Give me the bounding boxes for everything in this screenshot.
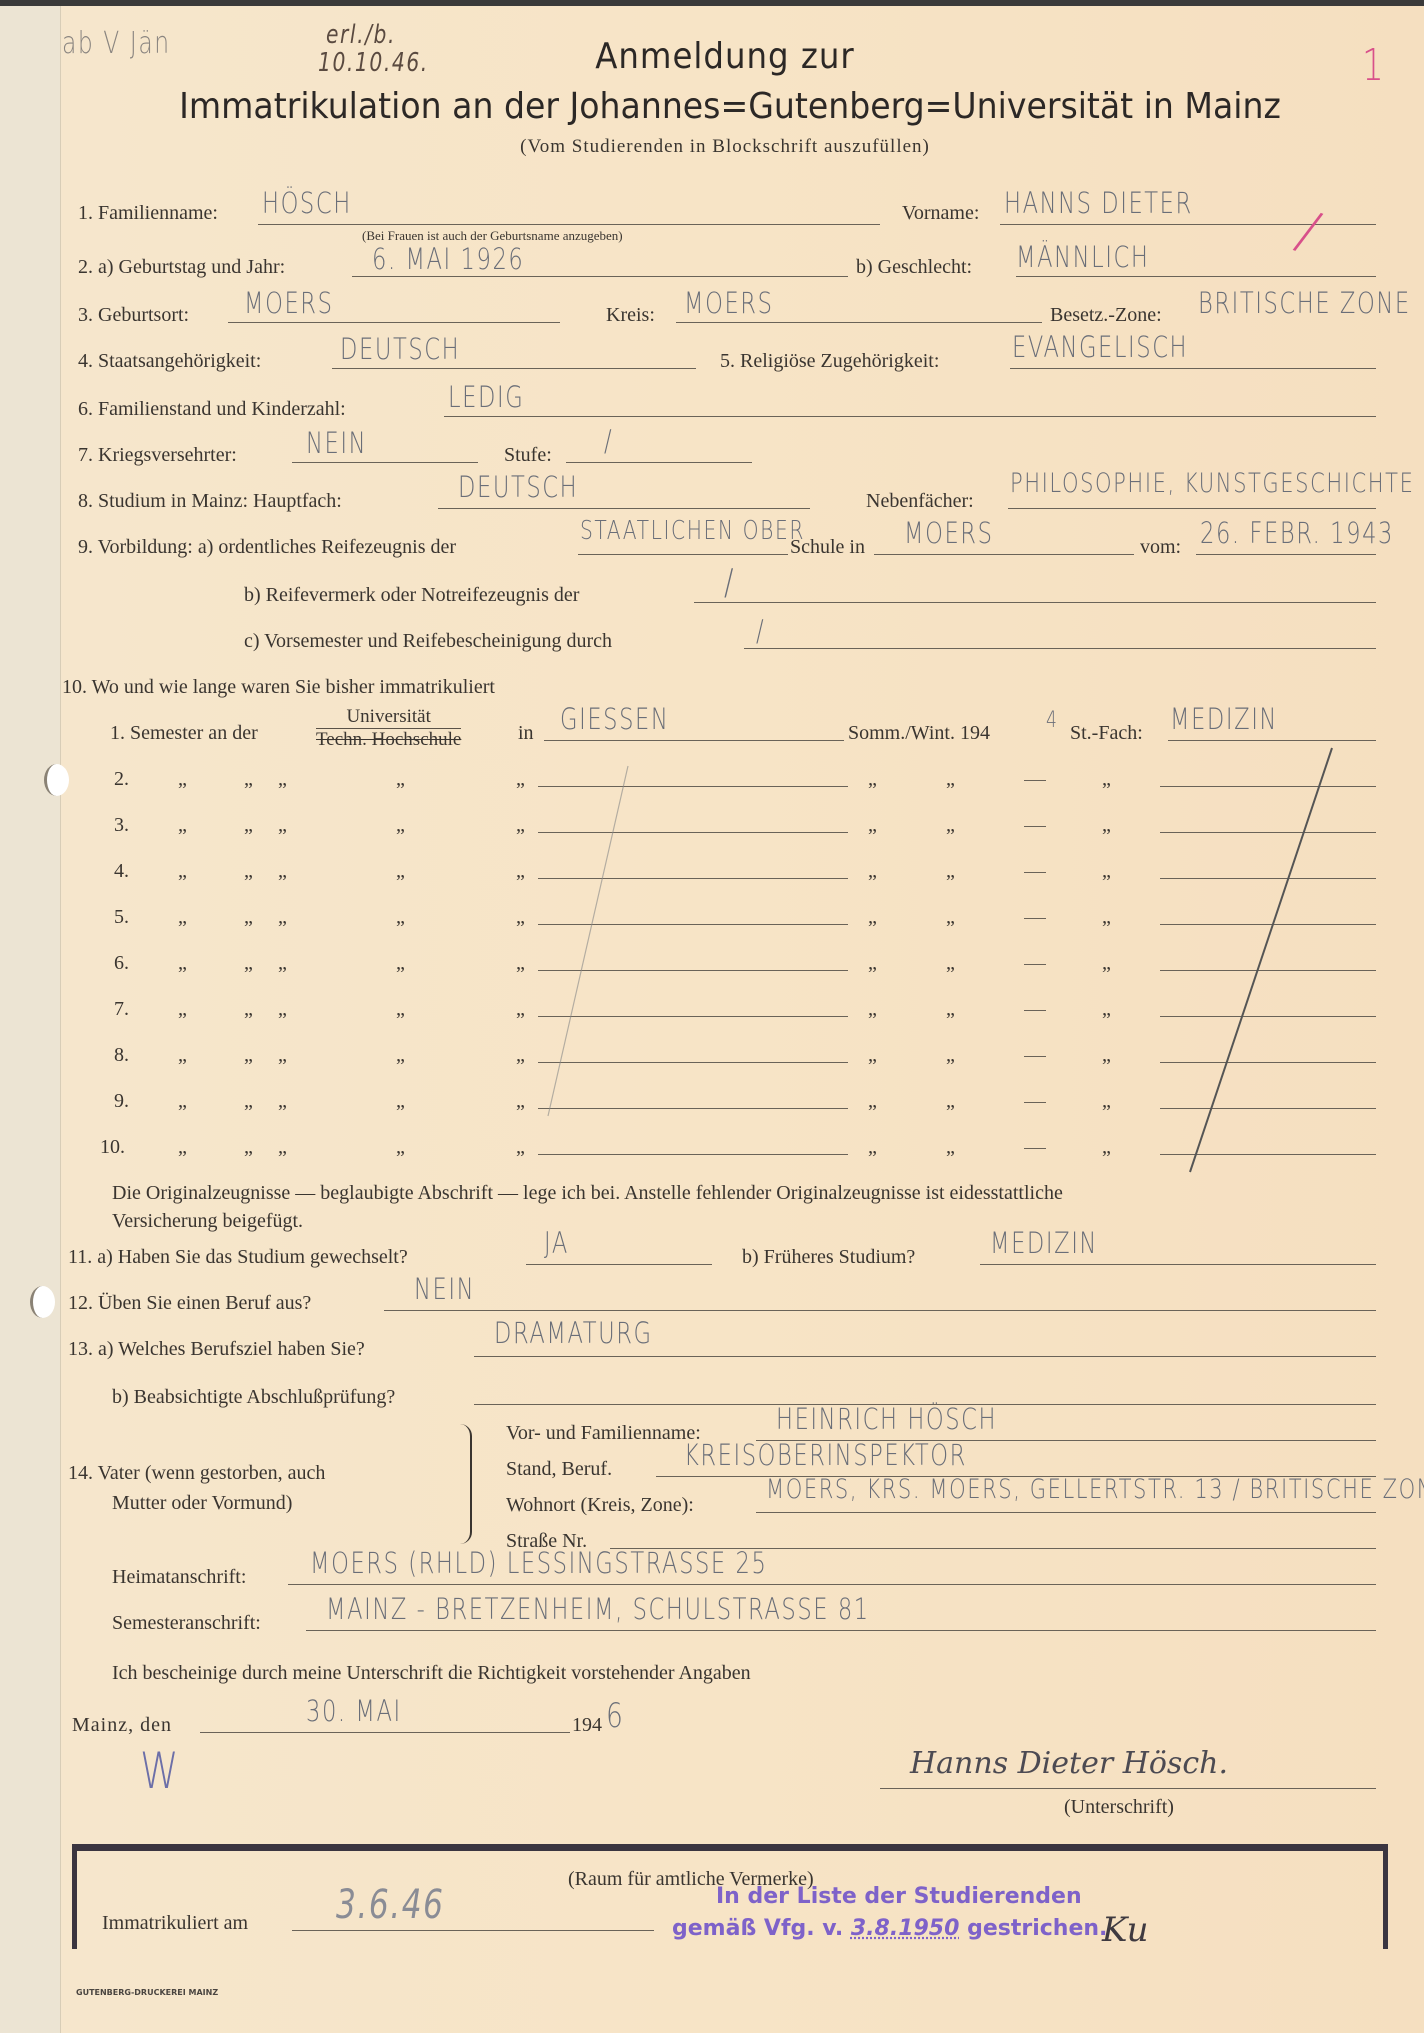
- registration-form: ab V Jän erl./b. 10.10.46. 1 Anmeldung z…: [0, 6, 1424, 2033]
- vater-name-value[interactable]: HEINRICH HÖSCH: [776, 1402, 997, 1436]
- semesteranschrift-label: Semesteranschrift:: [112, 1612, 261, 1635]
- frueheres-studium-value[interactable]: MEDIZIN: [990, 1226, 1098, 1260]
- vater-label: 14. Vater (wenn gestorben, auch: [68, 1462, 325, 1485]
- place-label: Mainz, den: [72, 1714, 172, 1737]
- field-line: [526, 1264, 712, 1265]
- vater-name-label: Vor- und Familienname:: [506, 1422, 701, 1445]
- beruf-value[interactable]: NEIN: [414, 1272, 475, 1306]
- frueheres-studium-label: b) Früheres Studium?: [742, 1246, 915, 1269]
- studium-gewechselt-value[interactable]: JA: [544, 1226, 569, 1260]
- certify-text-2: Versicherung beigefügt.: [112, 1210, 303, 1233]
- vater-wohnort-label: Wohnort (Kreis, Zone):: [506, 1494, 694, 1517]
- beruf-label: 12. Üben Sie einen Beruf aus?: [68, 1292, 311, 1315]
- stamp-initials: Ku: [1102, 1910, 1149, 1950]
- cross-out-strokes: [0, 6, 1424, 2033]
- field-line: [980, 1264, 1376, 1265]
- berufsziel-value[interactable]: DRAMATURG: [494, 1316, 653, 1350]
- stamp-line1: In der Liste der Studierenden: [716, 1884, 1082, 1909]
- certify-text: Die Originalzeugnisse — beglaubigte Absc…: [112, 1182, 1063, 1205]
- field-line: [756, 1512, 1376, 1513]
- date-value[interactable]: 30. MAI: [306, 1694, 402, 1728]
- studium-gewechselt-label: 11. a) Haben Sie das Studium gewechselt?: [68, 1246, 408, 1269]
- field-line: [474, 1356, 1376, 1357]
- vater-wohnort-value[interactable]: MOERS, KRS. MOERS, GELLERTSTR. 13 / BRIT…: [766, 1474, 1424, 1505]
- semesteranschrift-value[interactable]: MAINZ - BRETZENHEIM, SCHULSTRASSE 81: [326, 1592, 870, 1626]
- year-prefix: 194: [572, 1714, 602, 1737]
- abschlusspruefung-label: b) Beabsichtigte Abschlußprüfung?: [112, 1386, 395, 1409]
- berufsziel-label: 13. a) Welches Berufsziel haben Sie?: [68, 1338, 365, 1361]
- field-line: [200, 1732, 570, 1733]
- vater-beruf-label: Stand, Beruf.: [506, 1458, 612, 1481]
- vater-beruf-value[interactable]: KREISOBERINSPEKTOR: [684, 1438, 967, 1472]
- year-suffix[interactable]: 6: [606, 1696, 624, 1736]
- field-line: [292, 1930, 654, 1931]
- printer-imprint: GUTENBERG-DRUCKEREI MAINZ: [76, 1988, 218, 1997]
- signature-value[interactable]: Hanns Dieter Hösch.: [910, 1746, 1228, 1781]
- signature-line: [880, 1788, 1376, 1789]
- field-line: [306, 1630, 1376, 1631]
- brace: [460, 1424, 472, 1544]
- field-line: [288, 1584, 1376, 1585]
- immatrikuliert-value[interactable]: 3.6.46: [336, 1882, 445, 1928]
- heimatanschrift-label: Heimatanschrift:: [112, 1566, 246, 1589]
- vater-label-2: Mutter oder Vormund): [112, 1492, 292, 1515]
- stamp-date: 3.8.1950: [851, 1916, 960, 1941]
- stamp-line2: gemäß Vfg. v. 3.8.1950 gestrichen.: [672, 1916, 1107, 1941]
- immatrikuliert-label: Immatrikuliert am: [102, 1912, 248, 1935]
- certify-statement: Ich bescheinige durch meine Unterschrift…: [112, 1662, 751, 1685]
- field-line: [384, 1310, 1376, 1311]
- signature-caption: (Unterschrift): [1064, 1796, 1174, 1819]
- initials: W: [140, 1742, 180, 1800]
- heimatanschrift-value[interactable]: MOERS (RHLD) LESSINGSTRASSE 25: [310, 1546, 767, 1580]
